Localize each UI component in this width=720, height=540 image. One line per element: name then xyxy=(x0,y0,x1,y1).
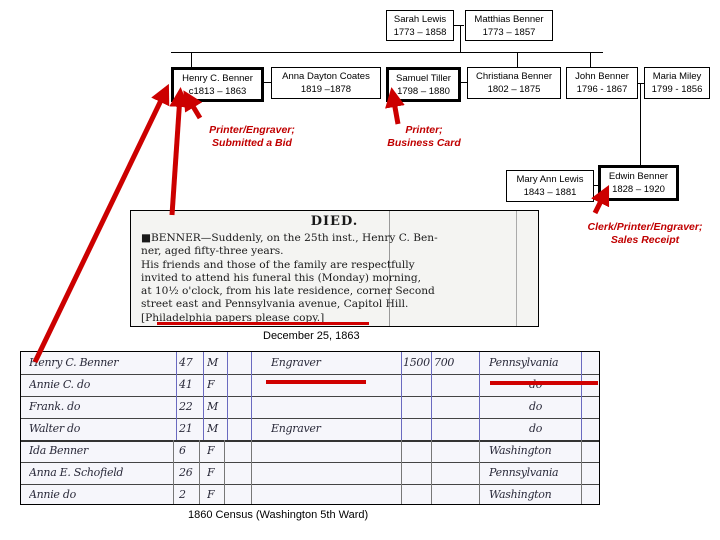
arrow-receipt-to-edwin xyxy=(595,193,605,213)
arrow-bid-to-henry xyxy=(188,98,200,118)
arrow-obituary-to-henry xyxy=(172,96,180,215)
arrows-layer xyxy=(0,0,720,540)
arrow-census-to-henry xyxy=(35,92,165,362)
arrow-card-to-samuel xyxy=(393,96,398,124)
